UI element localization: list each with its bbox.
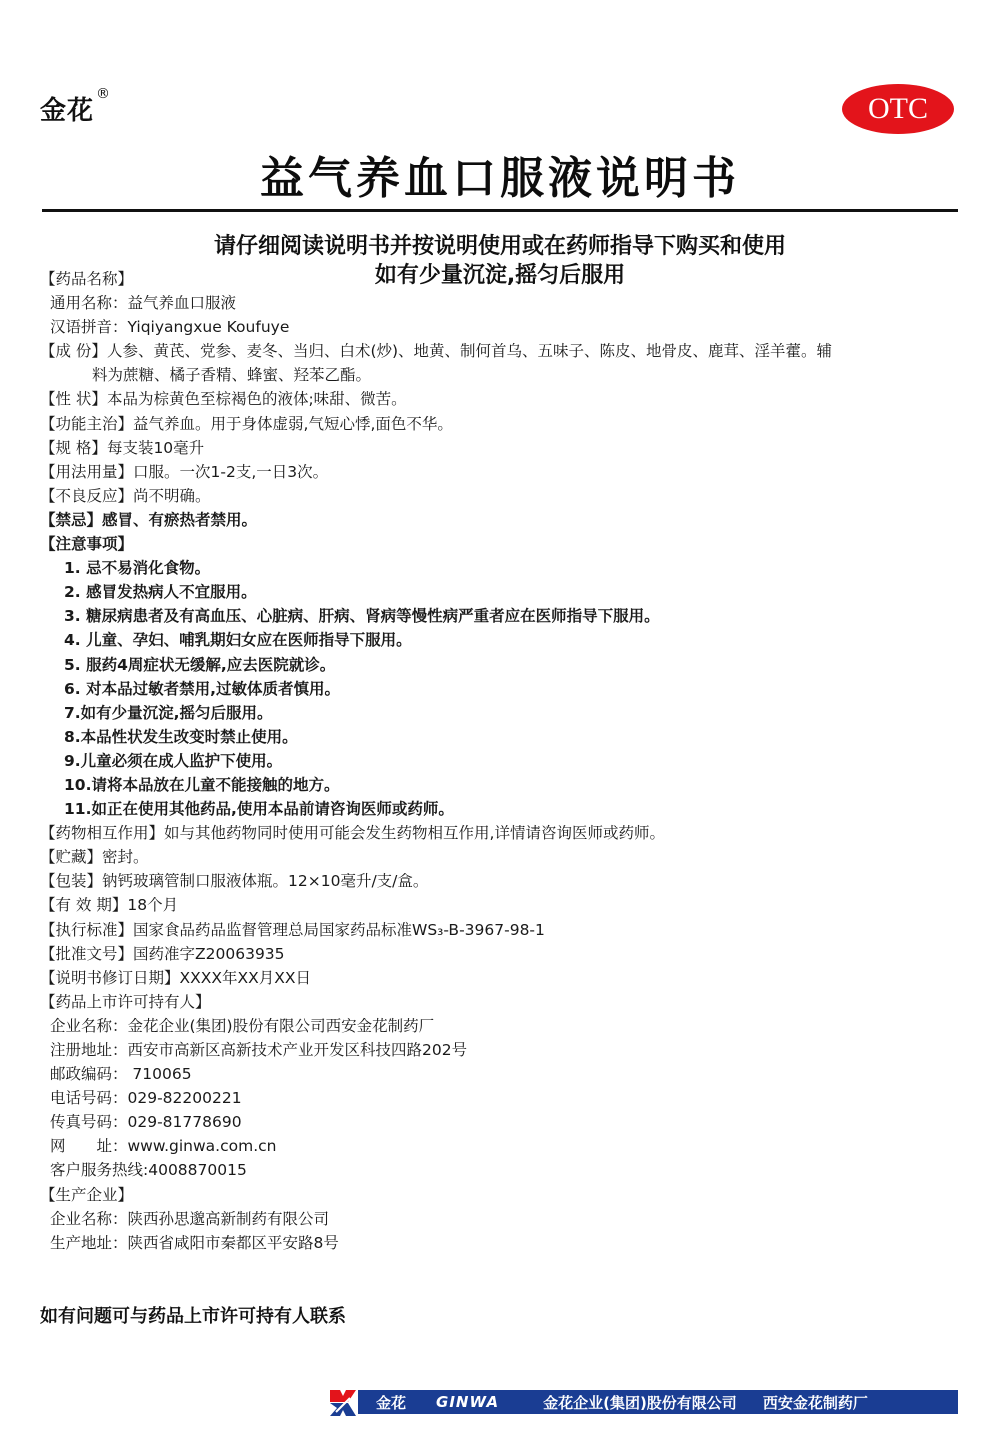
precaution-item: 5. 服药4周症状无缓解,应去医院就诊。 [40, 653, 960, 677]
approval-label: 【批准文号】 [40, 945, 133, 963]
section-approval: 【批准文号】国药准字Z20063935 [40, 942, 960, 966]
section-precautions-label: 【注意事项】 [40, 532, 960, 556]
footer-brand-en: GINWA [436, 1393, 499, 1411]
precaution-item: 4. 儿童、孕妇、哺乳期妇女应在医师指导下服用。 [40, 628, 960, 652]
section-properties: 【性 状】本品为棕黄色至棕褐色的液体;味甜、微苦。 [40, 387, 960, 411]
ginwa-logo-icon [330, 1390, 356, 1416]
interactions-label: 【药物相互作用】 [40, 824, 164, 842]
dosage-text: 口服。一次1-2支,一日3次。 [133, 463, 328, 481]
expiry-text: 18个月 [127, 896, 178, 914]
otc-badge: OTC [842, 84, 954, 134]
document-title: 益气养血口服液说明书 [0, 142, 1000, 206]
holder-phone: 电话号码：029-82200221 [40, 1086, 960, 1110]
holder-address: 注册地址：西安市高新区高新技术产业开发区科技四路202号 [40, 1038, 960, 1062]
section-expiry: 【有 效 期】18个月 [40, 893, 960, 917]
precaution-item: 9.儿童必须在成人监护下使用。 [40, 749, 960, 773]
indications-label: 【功能主治】 [40, 415, 133, 433]
brand-name: 金花 [40, 96, 94, 126]
manufacturer-company: 企业名称：陕西孙思邈高新制药有限公司 [40, 1207, 960, 1231]
specification-label: 【规 格】 [40, 439, 107, 457]
title-divider [42, 209, 958, 212]
holder-fax: 传真号码：029-81778690 [40, 1110, 960, 1134]
precaution-item: 11.如正在使用其他药品,使用本品前请咨询医师或药师。 [40, 797, 960, 821]
precaution-item: 7.如有少量沉淀,摇匀后服用。 [40, 701, 960, 725]
dosage-label: 【用法用量】 [40, 463, 133, 481]
contact-note: 如有问题可与药品上市许可持有人联系 [40, 1302, 346, 1328]
package-label: 【包装】 [40, 872, 102, 890]
revision-label: 【说明书修订日期】 [40, 969, 180, 987]
section-specification: 【规 格】每支装10毫升 [40, 436, 960, 460]
section-drug-name-label: 【药品名称】 [40, 267, 960, 291]
holder-company: 企业名称：金花企业(集团)股份有限公司西安金花制药厂 [40, 1014, 960, 1038]
standard-text: 国家食品药品监督管理总局国家药品标准WS₃-B-3967-98-1 [133, 921, 545, 939]
precaution-item: 6. 对本品过敏者禁用,过敏体质者慎用。 [40, 677, 960, 701]
section-interactions: 【药物相互作用】如与其他药物同时使用可能会发生药物相互作用,详情请咨询医师或药师… [40, 821, 960, 845]
notice-read-carefully: 请仔细阅读说明书并按说明使用或在药师指导下购买和使用 [0, 229, 1000, 260]
storage-label: 【贮藏】 [40, 848, 102, 866]
holder-website: 网 址：www.ginwa.com.cn [40, 1134, 960, 1158]
section-dosage: 【用法用量】口服。一次1-2支,一日3次。 [40, 460, 960, 484]
otc-label: OTC [868, 92, 928, 126]
generic-name: 通用名称：益气养血口服液 [40, 291, 960, 315]
adverse-label: 【不良反应】 [40, 487, 133, 505]
footer-factory: 西安金花制药厂 [763, 1392, 868, 1413]
contraindications-text: 感冒、有瘀热者禁用。 [102, 511, 257, 529]
section-adverse-reactions: 【不良反应】尚不明确。 [40, 484, 960, 508]
ingredients-continuation: 料为蔗糖、橘子香精、蜂蜜、羟苯乙酯。 [40, 363, 960, 387]
footer-brand-bar: 金花 GINWA 金花企业(集团)股份有限公司 西安金花制药厂 [358, 1390, 958, 1414]
holder-postcode: 邮政编码： 710065 [40, 1062, 960, 1086]
properties-label: 【性 状】 [40, 390, 107, 408]
section-revision-date: 【说明书修订日期】XXXX年XX月XX日 [40, 966, 960, 990]
section-holder-label: 【药品上市许可持有人】 [40, 990, 960, 1014]
revision-text: XXXX年XX月XX日 [180, 969, 311, 987]
standard-label: 【执行标准】 [40, 921, 133, 939]
contraindications-label: 【禁忌】 [40, 511, 102, 529]
precaution-item: 2. 感冒发热病人不宜服用。 [40, 580, 960, 604]
manufacturer-address: 生产地址：陕西省咸阳市秦都区平安路8号 [40, 1231, 960, 1255]
section-ingredients: 【成 份】人参、黄芪、党参、麦冬、当归、白术(炒)、地黄、制何首乌、五味子、陈皮… [40, 339, 960, 363]
interactions-text: 如与其他药物同时使用可能会发生药物相互作用,详情请咨询医师或药师。 [164, 824, 665, 842]
precaution-item: 1. 忌不易消化食物。 [40, 556, 960, 580]
approval-text: 国药准字Z20063935 [133, 945, 285, 963]
section-storage: 【贮藏】密封。 [40, 845, 960, 869]
package-text: 钠钙玻璃管制口服液体瓶。12×10毫升/支/盒。 [102, 872, 428, 890]
leaflet-body: 【药品名称】 通用名称：益气养血口服液 汉语拼音：Yiqiyangxue Kou… [40, 267, 960, 1255]
expiry-label: 【有 效 期】 [40, 896, 127, 914]
footer-company: 金花企业(集团)股份有限公司 [543, 1392, 737, 1413]
section-standard: 【执行标准】国家食品药品监督管理总局国家药品标准WS₃-B-3967-98-1 [40, 918, 960, 942]
section-indications: 【功能主治】益气养血。用于身体虚弱,气短心悸,面色不华。 [40, 412, 960, 436]
holder-hotline: 客户服务热线:4008870015 [40, 1158, 960, 1182]
registered-mark: ® [96, 86, 111, 102]
precaution-item: 10.请将本品放在儿童不能接触的地方。 [40, 773, 960, 797]
storage-text: 密封。 [102, 848, 149, 866]
indications-text: 益气养血。用于身体虚弱,气短心悸,面色不华。 [133, 415, 453, 433]
section-manufacturer-label: 【生产企业】 [40, 1183, 960, 1207]
ingredients-text: 人参、黄芪、党参、麦冬、当归、白术(炒)、地黄、制何首乌、五味子、陈皮、地骨皮、… [107, 342, 832, 360]
precaution-item: 8.本品性状发生改变时禁止使用。 [40, 725, 960, 749]
properties-text: 本品为棕黄色至棕褐色的液体;味甜、微苦。 [107, 390, 407, 408]
section-package: 【包装】钠钙玻璃管制口服液体瓶。12×10毫升/支/盒。 [40, 869, 960, 893]
specification-text: 每支装10毫升 [107, 439, 204, 457]
footer-brand-cn: 金花 [376, 1392, 406, 1413]
brand-logo: 金花® [40, 90, 111, 127]
adverse-text: 尚不明确。 [133, 487, 211, 505]
ingredients-label: 【成 份】 [40, 342, 107, 360]
section-contraindications: 【禁忌】感冒、有瘀热者禁用。 [40, 508, 960, 532]
precaution-item: 3. 糖尿病患者及有高血压、心脏病、肝病、肾病等慢性病严重者应在医师指导下服用。 [40, 604, 960, 628]
pinyin-name: 汉语拼音：Yiqiyangxue Koufuye [40, 315, 960, 339]
